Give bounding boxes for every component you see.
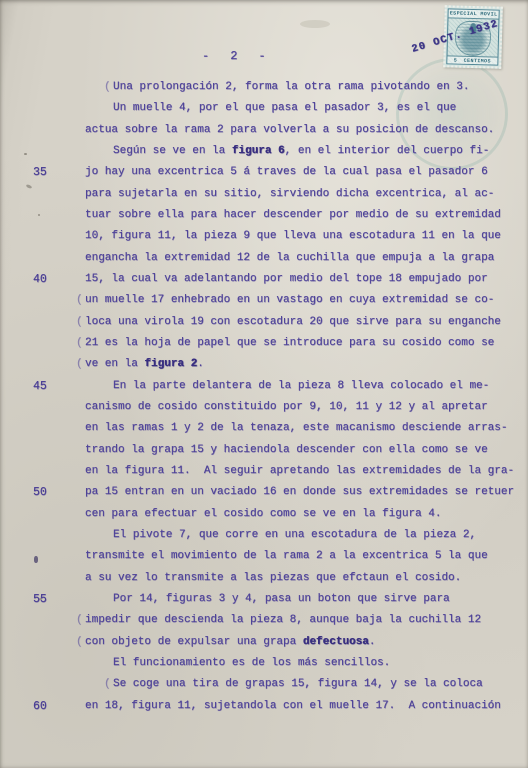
text-line: transmite el movimiento de la rama 2 a l… <box>0 546 528 567</box>
text-line: 45En la parte delantera de la pieza 8 ll… <box>0 376 528 397</box>
text-line: en las ramas 1 y 2 de la tenaza, este ma… <box>0 418 528 439</box>
stamp-title: ESPECIAL MOVIL <box>448 9 498 19</box>
text-line: para sujetarla en su sitio, sirviendo di… <box>0 184 528 205</box>
text-line: (loca una virola 19 con escotadura 20 qu… <box>0 312 528 333</box>
margin-paren-mark: ( <box>76 632 83 653</box>
line-text: jo hay una excentrica 5 á traves de la c… <box>85 162 488 183</box>
stamp-denomination-band: 5 CENTIMOS <box>447 55 497 65</box>
line-text: (un muelle 17 enhebrado en un vastago en… <box>85 290 494 311</box>
text-line: El funcionamiento es de los más sencillo… <box>0 653 528 674</box>
text-line: 60en 18, figura 11, sujetandola con el m… <box>0 696 528 717</box>
line-text: (impedir que descienda la pieza 8, aunqu… <box>85 610 481 631</box>
line-text: Un muelle 4, por el que pasa el pasador … <box>113 98 456 119</box>
text-line: Según se ve en la figura 6, en el interi… <box>0 141 528 162</box>
line-number: 50 <box>33 482 47 503</box>
stamp-currency-label: CENTIMOS <box>464 57 491 63</box>
line-text: para sujetarla en su sitio, sirviendo di… <box>85 184 494 205</box>
text-line: (un muelle 17 enhebrado en un vastago en… <box>0 290 528 311</box>
line-text: (21 es la hoja de papel que se introduce… <box>85 333 494 354</box>
paper-speck <box>38 214 40 216</box>
line-text: Por 14, figuras 3 y 4, pasa un boton que… <box>113 589 450 610</box>
line-text: (Una prolongación 2, forma la otra rama … <box>113 77 469 98</box>
text-line: (Se coge una tira de grapas 15, figura 1… <box>0 674 528 695</box>
scanned-document-page: - 2 - ESPECIAL MOVIL 5 CENTIMOS 20 OCT. … <box>0 0 528 768</box>
line-text: pa 15 entran en un vaciado 16 en donde s… <box>85 482 514 503</box>
text-line: engancha la extremidad 12 de la cuchilla… <box>0 248 528 269</box>
text-line: Un muelle 4, por el que pasa el pasador … <box>0 98 528 119</box>
line-text: en la figura 11. Al seguir apretando las… <box>85 461 514 482</box>
paper-speck <box>24 153 27 155</box>
line-text: actua sobre la rama 2 para volverla a su… <box>85 120 494 141</box>
text-line: cen para efectuar el cosido como se ve e… <box>0 504 528 525</box>
text-line: 35jo hay una excentrica 5 á traves de la… <box>0 162 528 183</box>
stamp-denomination: 5 <box>454 57 458 63</box>
page-number-dash-left: - <box>202 49 209 63</box>
page-number-value: 2 <box>230 49 237 63</box>
text-line: tuar sobre ella para hacer descender por… <box>0 205 528 226</box>
margin-paren-mark: ( <box>76 354 83 375</box>
text-line: (impedir que descienda la pieza 8, aunqu… <box>0 610 528 631</box>
margin-paren-mark: ( <box>76 610 83 631</box>
text-line: (Una prolongación 2, forma la otra rama … <box>0 77 528 98</box>
ink-blot <box>34 556 38 563</box>
line-text: canismo de cosido constituido por 9, 10,… <box>85 397 488 418</box>
text-line: 55Por 14, figuras 3 y 4, pasa un boton q… <box>0 589 528 610</box>
text-line: canismo de cosido constituido por 9, 10,… <box>0 397 528 418</box>
document-body: (Una prolongación 2, forma la otra rama … <box>0 77 528 717</box>
line-number: 40 <box>33 269 47 290</box>
line-text: (loca una virola 19 con escotadura 20 qu… <box>85 312 501 333</box>
line-text: (Se coge una tira de grapas 15, figura 1… <box>113 674 483 695</box>
line-text: en 18, figura 11, sujetandola con el mue… <box>85 696 501 717</box>
text-line: (ve en la figura 2. <box>0 354 528 375</box>
text-line: 4015, la cual va adelantando por medio d… <box>0 269 528 290</box>
text-line: a su vez lo transmite a las piezas que e… <box>0 568 528 589</box>
text-line: (21 es la hoja de papel que se introduce… <box>0 333 528 354</box>
margin-paren-mark: ( <box>76 290 83 311</box>
line-text: En la parte delantera de la pieza 8 llev… <box>113 376 489 397</box>
line-text: El pivote 7, que corre en una escotadura… <box>113 525 476 546</box>
paper-smudge <box>300 20 330 28</box>
line-text: en las ramas 1 y 2 de la tenaza, este ma… <box>85 418 507 439</box>
line-text: a su vez lo transmite a las piezas que e… <box>85 568 461 589</box>
page-number-dash-right: - <box>258 49 265 63</box>
line-text: (ve en la figura 2. <box>85 354 204 375</box>
line-text: engancha la extremidad 12 de la cuchilla… <box>85 248 494 269</box>
text-line: trando la grapa 15 y haciendola descende… <box>0 440 528 461</box>
line-text: (con objeto de expulsar una grapa defect… <box>85 632 375 653</box>
line-text: Según se ve en la figura 6, en el interi… <box>113 141 489 162</box>
paper-speck <box>39 598 42 600</box>
margin-paren-mark: ( <box>104 77 111 98</box>
line-text: 10, figura 11, la pieza 9 que lleva una … <box>85 226 501 247</box>
line-number: 35 <box>33 162 47 183</box>
text-line: en la figura 11. Al seguir apretando las… <box>0 461 528 482</box>
line-text: El funcionamiento es de los más sencillo… <box>113 653 390 674</box>
page-number: - 2 - <box>202 49 266 63</box>
line-text: transmite el movimiento de la rama 2 a l… <box>85 546 488 567</box>
line-text: 15, la cual va adelantando por medio del… <box>85 269 488 290</box>
line-number: 45 <box>33 376 47 397</box>
line-text: trando la grapa 15 y haciendola descende… <box>85 440 488 461</box>
margin-paren-mark: ( <box>76 312 83 333</box>
line-text: cen para efectuar el cosido como se ve e… <box>85 504 441 525</box>
text-line: El pivote 7, que corre en una escotadura… <box>0 525 528 546</box>
text-line: 10, figura 11, la pieza 9 que lleva una … <box>0 226 528 247</box>
margin-paren-mark: ( <box>76 333 83 354</box>
text-line: actua sobre la rama 2 para volverla a su… <box>0 120 528 141</box>
text-line: 50pa 15 entran en un vaciado 16 en donde… <box>0 482 528 503</box>
margin-paren-mark: ( <box>104 674 111 695</box>
line-text: tuar sobre ella para hacer descender por… <box>85 205 501 226</box>
line-number: 60 <box>33 696 47 717</box>
text-line: (con objeto de expulsar una grapa defect… <box>0 632 528 653</box>
